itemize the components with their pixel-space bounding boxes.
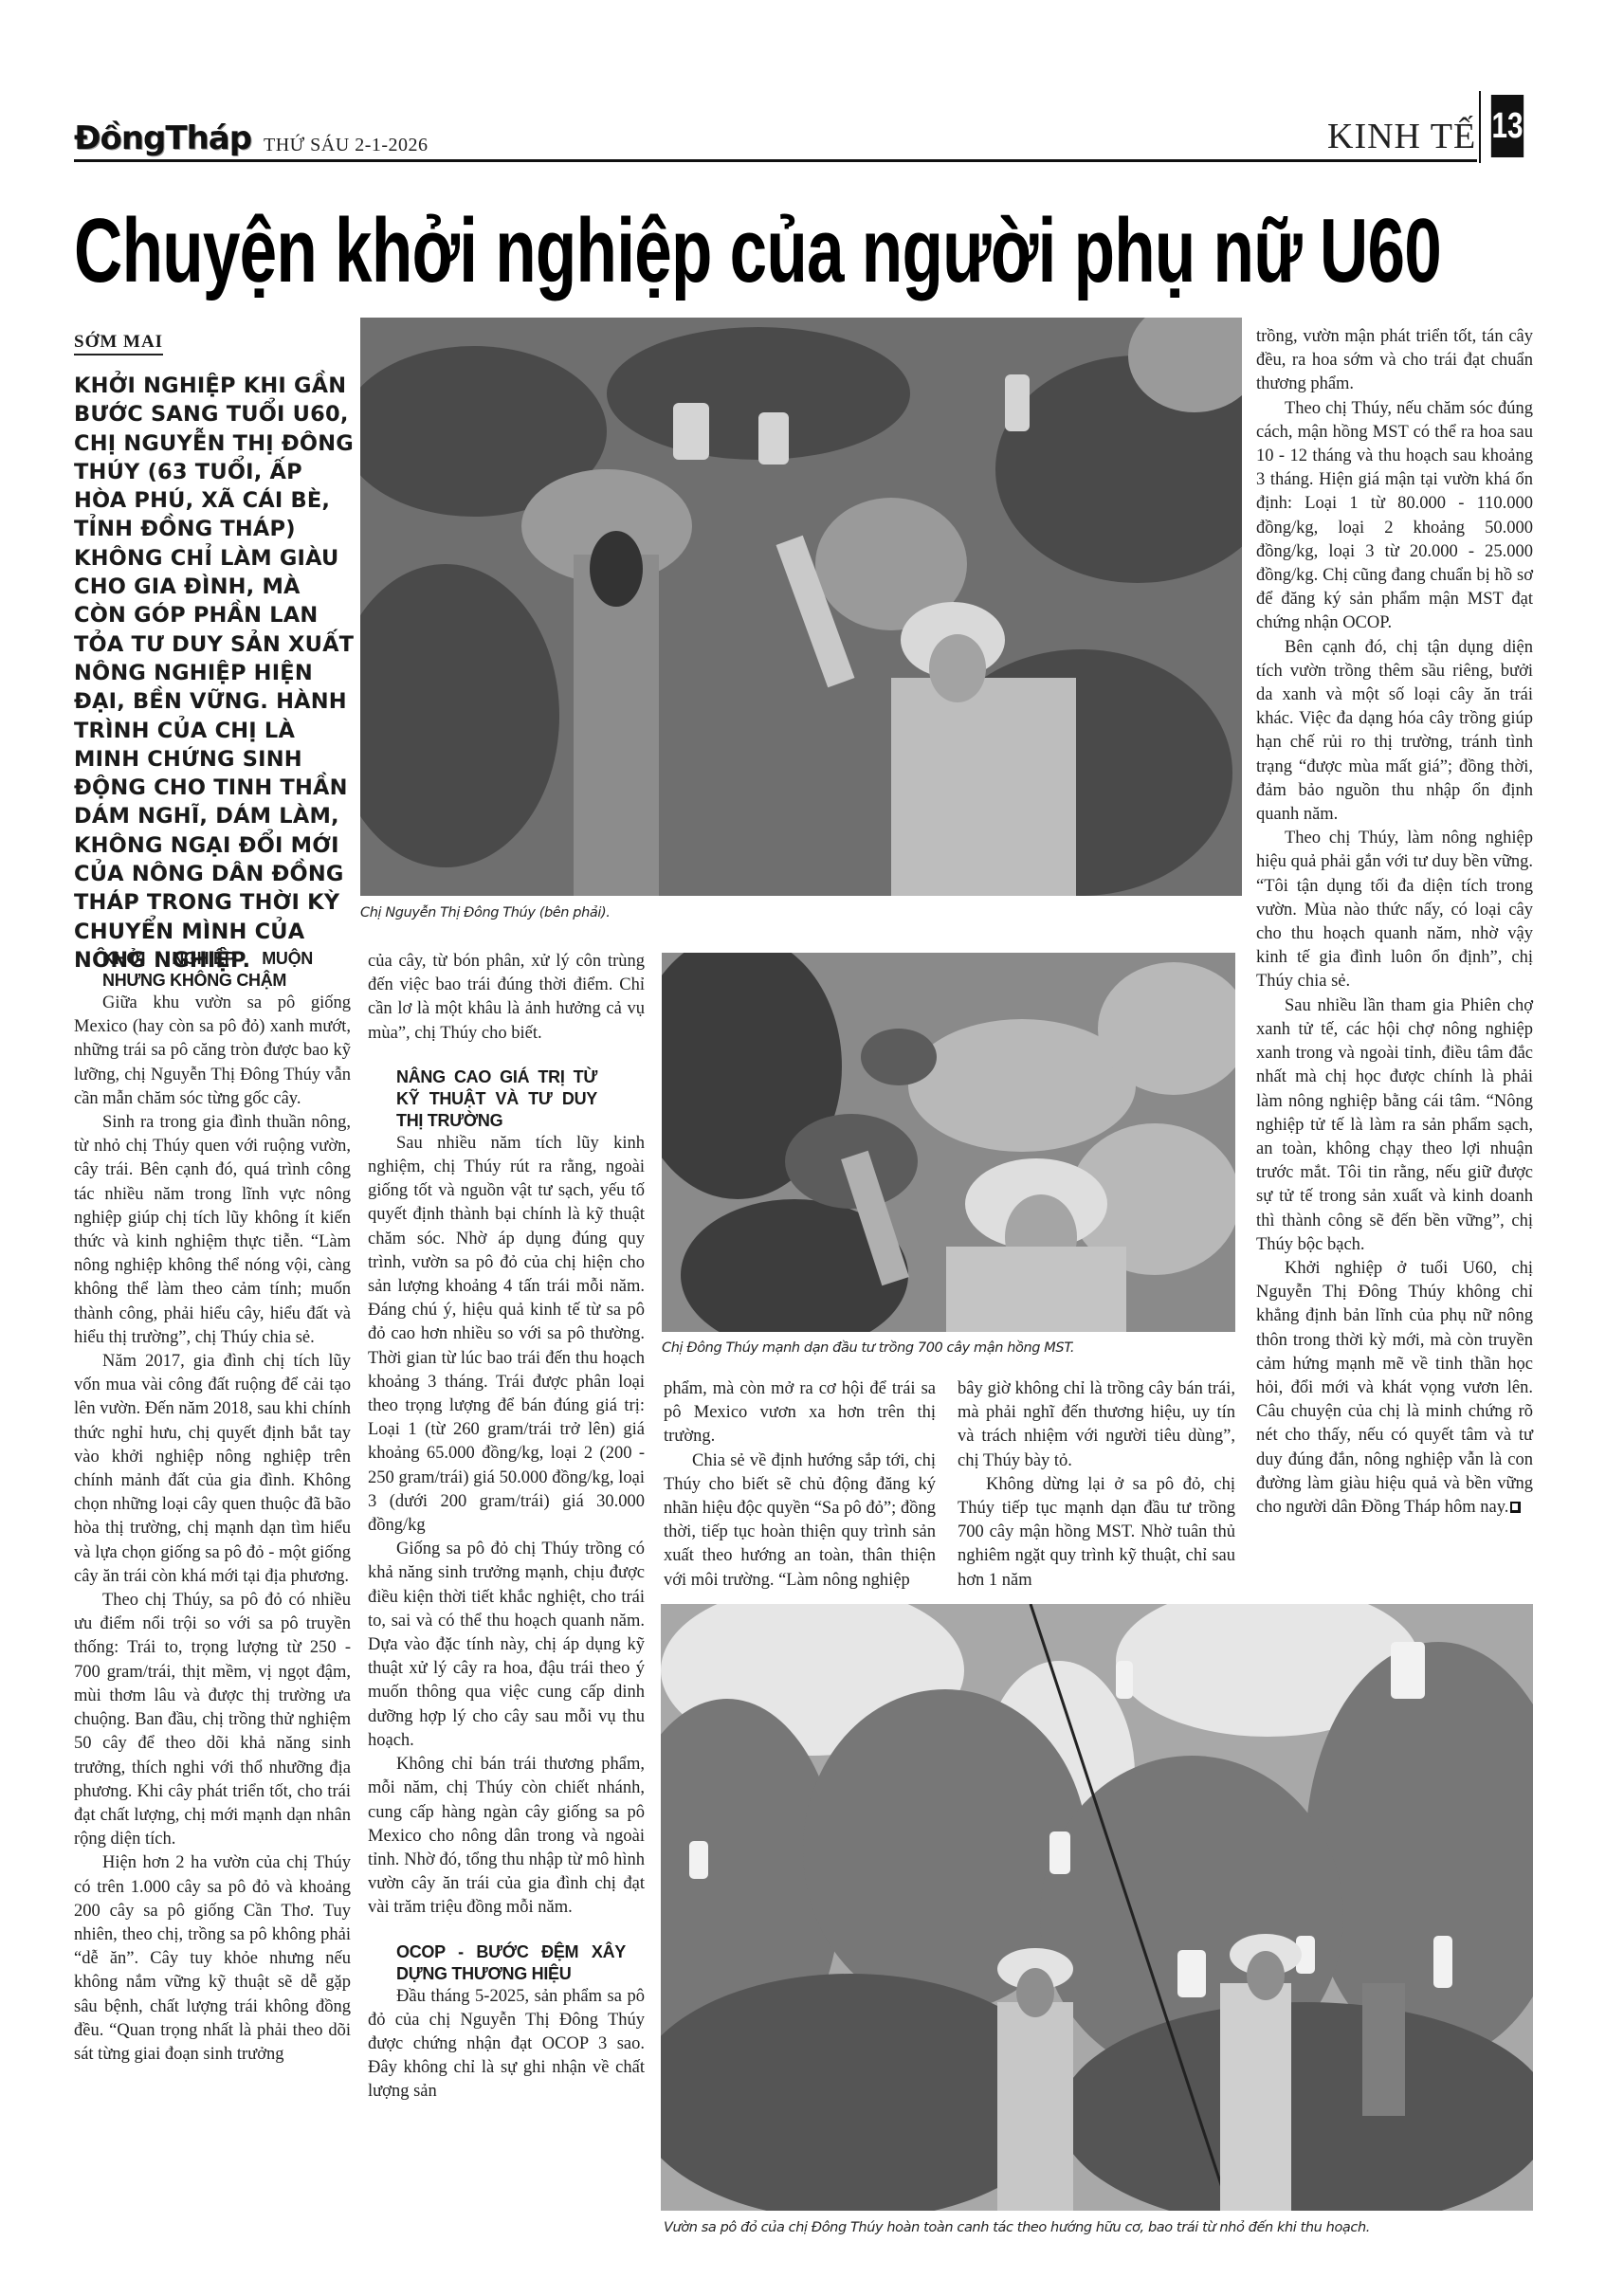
paragraph: Theo chị Thúy, làm nông nghiệp hiệu quả … — [1256, 827, 1533, 993]
paragraph: Hiện hơn 2 ha vườn của chị Thúy có trên … — [74, 1851, 351, 2067]
end-of-article-icon — [1510, 1502, 1521, 1513]
photo-woman-with-plum-tree — [662, 953, 1235, 1332]
photo-1-image — [360, 318, 1242, 896]
photo-2-image — [662, 953, 1235, 1332]
column-5: trồng, vườn mận phát triển tốt, tán cây … — [1256, 325, 1533, 1520]
page-number: 13 — [1491, 95, 1524, 157]
paragraph: Giống sa pô đỏ chị Thúy trồng có khả năn… — [368, 1538, 645, 1753]
paragraph: Sau nhiều năm tích lũy kinh nghiệm, chị … — [368, 1132, 645, 1538]
byline: SỚM MAI — [74, 332, 163, 355]
paragraph: trồng, vườn mận phát triển tốt, tán cây … — [1256, 325, 1533, 397]
lead-paragraph: KHỞI NGHIỆP KHI GẦN BƯỚC SANG TUỔI U60, … — [74, 372, 358, 975]
paragraph: bây giờ không chỉ là trồng cây bán trái,… — [958, 1377, 1235, 1473]
photo-3-image — [661, 1604, 1533, 2211]
closing-paragraph: Khởi nghiệp ở tuổi U60, chị Nguyễn Thị Đ… — [1256, 1259, 1533, 1517]
subhead-3: OCOP - BƯỚC ĐỆM XÂY DỰNG THƯƠNG HIỆU — [368, 1941, 645, 1985]
paragraph: Giữa khu vườn sa pô giống Mexico (hay cò… — [74, 992, 351, 1111]
paragraph: Chia sẻ về định hướng sắp tới, chị Thúy … — [664, 1449, 936, 1593]
paragraph: Sinh ra trong gia đình thuần nông, từ nh… — [74, 1111, 351, 1350]
paragraph: Theo chị Thúy, sa pô đỏ có nhiều ưu điểm… — [74, 1589, 351, 1851]
section-name: KINH TẾ — [1327, 116, 1476, 157]
header-rule — [74, 159, 1477, 162]
newspaper-logo: ĐồngTháp — [74, 119, 251, 157]
paragraph: của cây, từ bón phân, xử lý côn trùng đế… — [368, 950, 645, 1046]
issue-date: THỨ SÁU 2-1-2026 — [264, 135, 429, 156]
paragraph: phẩm, mà còn mở ra cơ hội để trái sa pô … — [664, 1377, 936, 1449]
header-divider — [1479, 91, 1481, 163]
photo-woman-picking-fruit — [360, 318, 1242, 896]
photo-sapodilla-orchard — [661, 1604, 1533, 2211]
photo-1-caption: Chị Nguyễn Thị Đông Thúy (bên phải). — [360, 905, 610, 920]
subhead-2: NÂNG CAO GIÁ TRỊ TỪ KỸ THUẬT VÀ TƯ DUY T… — [368, 1066, 645, 1132]
paragraph: Không dừng lại ở sa pô đỏ, chị Thúy tiếp… — [958, 1473, 1235, 1593]
photo-3-caption: Vườn sa pô đỏ của chị Đông Thúy hoàn toà… — [664, 2220, 1370, 2235]
photo-2-caption: Chị Đông Thúy mạnh dạn đầu tư trồng 700 … — [662, 1340, 1074, 1356]
paragraph: Năm 2017, gia đình chị tích lũy vốn mua … — [74, 1350, 351, 1589]
paragraph: Khởi nghiệp ở tuổi U60, chị Nguyễn Thị Đ… — [1256, 1257, 1533, 1520]
column-3: phẩm, mà còn mở ra cơ hội để trái sa pô … — [664, 1377, 936, 1593]
article-title: Chuyện khởi nghiệp của người phụ nữ U60 — [74, 199, 1168, 303]
paragraph: Không chỉ bán trái thương phẩm, mỗi năm,… — [368, 1753, 645, 1920]
column-4: bây giờ không chỉ là trồng cây bán trái,… — [958, 1377, 1235, 1593]
paragraph: Theo chị Thúy, nếu chăm sóc đúng cách, m… — [1256, 397, 1533, 636]
column-1: KHỞI NGHIỆP MUỘN NHƯNG KHÔNG CHẬM Giữa k… — [74, 948, 351, 2067]
subhead-1: KHỞI NGHIỆP MUỘN NHƯNG KHÔNG CHẬM — [74, 948, 351, 992]
paragraph: Sau nhiều lần tham gia Phiên chợ xanh tử… — [1256, 994, 1533, 1257]
column-2: của cây, từ bón phân, xử lý côn trùng đế… — [368, 950, 645, 2105]
paragraph: Đầu tháng 5-2025, sản phẩm sa pô đỏ của … — [368, 1985, 645, 2105]
paragraph: Bên cạnh đó, chị tận dụng diện tích vườn… — [1256, 636, 1533, 828]
